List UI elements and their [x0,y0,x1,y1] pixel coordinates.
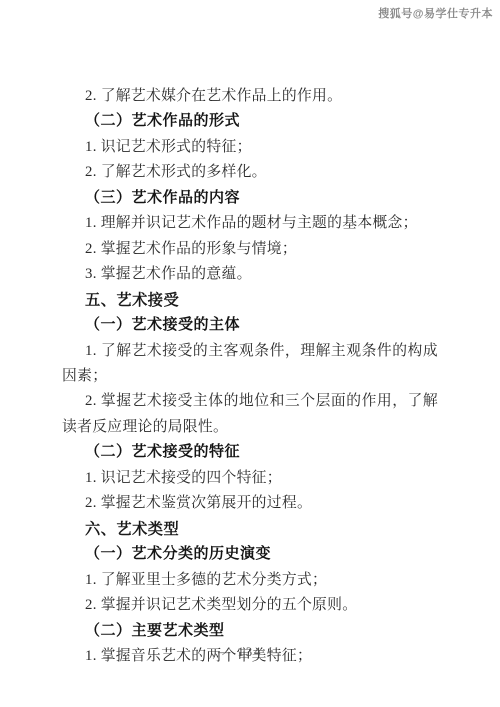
paragraph-subheading: （一）艺术分类的历史演变 [62,542,438,567]
paragraph-subheading: （二）艺术作品的形式 [62,109,438,134]
paragraph-item: 2. 掌握艺术作品的形象与情境； [62,237,438,262]
paragraph-heading: 六、艺术类型 [62,517,438,542]
paragraph-subheading: （二）主要艺术类型 [62,619,438,644]
paragraph-item: 2. 掌握并识记艺术类型划分的五个原则。 [62,593,438,618]
paragraph-heading: 五、艺术接受 [62,288,438,313]
paragraph-item: 2. 了解艺术形式的多样化。 [62,160,438,185]
paragraph-subheading: （一）艺术接受的主体 [62,313,438,338]
paragraph-item: 1. 了解亚里士多德的艺术分类方式； [62,568,438,593]
paragraph-item: 1. 理解并识记艺术作品的题材与主题的基本概念； [62,211,438,236]
document-body: 2. 了解艺术媒介在艺术作品上的作用。（二）艺术作品的形式1. 识记艺术形式的特… [62,84,438,669]
paragraph-item: 2. 了解艺术媒介在艺术作品上的作用。 [62,84,438,109]
paragraph-item: 3. 掌握艺术作品的意蕴。 [62,262,438,287]
document-page: 搜狐号@易学仕专升本 2. 了解艺术媒介在艺术作品上的作用。（二）艺术作品的形式… [0,0,500,707]
paragraph-subheading: （三）艺术作品的内容 [62,186,438,211]
paragraph-item: 1. 识记艺术接受的四个特征； [62,466,438,491]
page-number: — 134 — [0,645,500,660]
paragraph-item: 1. 了解艺术接受的主客观条件，理解主观条件的构成因素； [62,339,438,390]
paragraph-subheading: （二）艺术接受的特征 [62,440,438,465]
paragraph-item: 2. 掌握艺术接受主体的地位和三个层面的作用，了解读者反应理论的局限性。 [62,389,438,440]
watermark-text: 搜狐号@易学仕专升本 [378,5,493,21]
paragraph-item: 2. 掌握艺术鉴赏次第展开的过程。 [62,491,438,516]
paragraph-item: 1. 识记艺术形式的特征； [62,135,438,160]
